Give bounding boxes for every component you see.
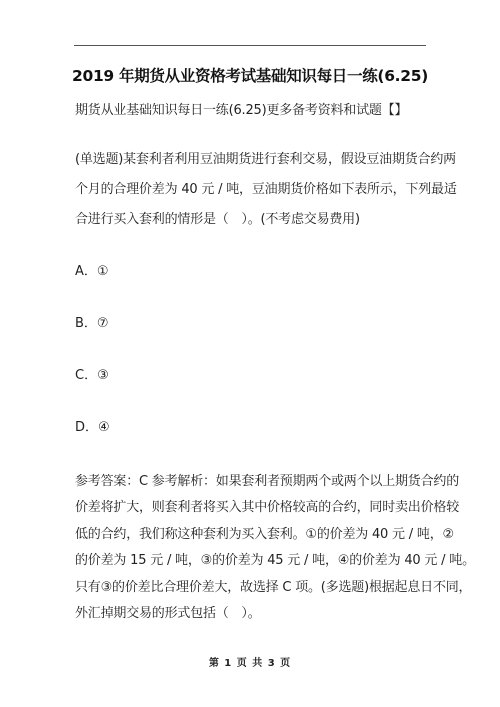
option-c: C．③ [75,368,109,384]
answer-line: 外汇掉期交易的形式包括（ ）。 [75,606,261,622]
question-line: 个月的合理价差为 40 元 / 吨，豆油期货价格如下表所示，下列最适 [75,182,457,198]
document-title: 2019 年期货从业资格考试基础知识每日一练(6.25) [0,64,500,86]
answer-line: 参考答案：C 参考解析：如果套利者预期两个或两个以上期货合约的 [75,474,459,490]
document-subtitle: 期货从业基础知识每日一练(6.25)更多备考资料和试题【】 [75,103,407,119]
answer-line: 只有③的价差比合理价差大，故选择 C 项。(多选题)根据起息日不同， [75,580,471,596]
option-b: B．⑦ [75,316,109,332]
page-indicator: 第 1 页 共 3 页 [0,654,500,669]
document-page: 2019 年期货从业资格考试基础知识每日一练(6.25) 期货从业基础知识每日一… [0,0,500,707]
answer-line: 价差将扩大，则套利者将买入其中价格较高的合约，同时卖出价格较 [75,500,459,516]
header-divider [74,45,426,46]
answer-line: 低的合约，我们称这种套利为买入套利。①的价差为 40 元 / 吨，② [75,527,454,543]
answer-line: 的价差为 15 元 / 吨，③的价差为 45 元 / 吨，④的价差为 40 元 … [75,553,475,569]
option-a: A．① [75,264,109,280]
option-d: D．④ [75,420,110,436]
question-line: 合进行买入套利的情形是（ ）。(不考虑交易费用) [75,212,360,228]
question-line: (单选题)某套利者利用豆油期货进行套利交易，假设豆油期货合约两 [75,152,456,168]
